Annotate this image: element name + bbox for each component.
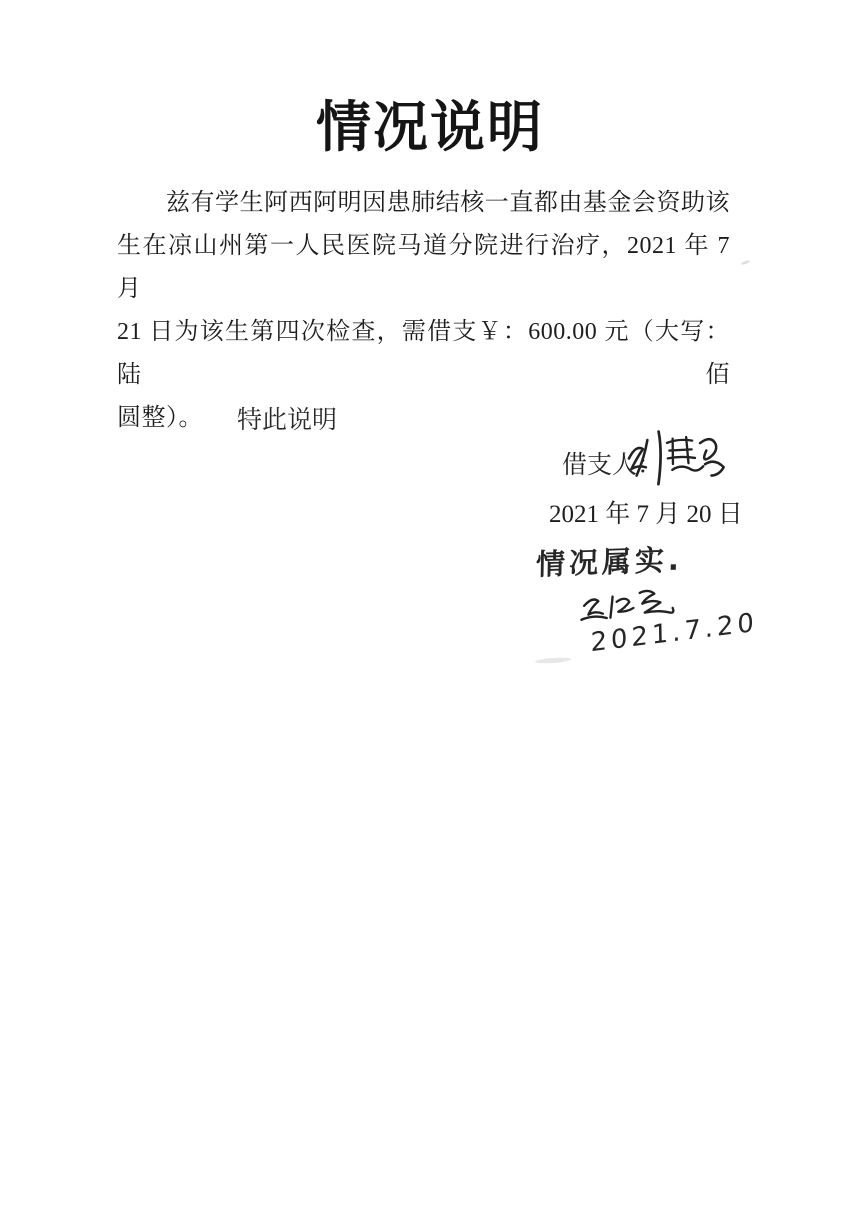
- scanned-document-page: 情况说明 兹有学生阿西阿明因患肺结核一直都由基金会资助该 生在凉山州第一人民医院…: [0, 0, 860, 1220]
- printed-date: 2021 年 7 月 20 日: [549, 497, 743, 533]
- body-line: 兹有学生阿西阿明因患肺结核一直都由基金会资助该: [117, 182, 730, 225]
- borrower-label: 借支人：: [562, 444, 662, 487]
- closing-statement: 特此说明: [237, 399, 337, 442]
- body-line: 21 日为该生第四次检查，需借支￥：600.00 元（大写：陆佰: [117, 311, 730, 397]
- body-paragraph: 兹有学生阿西阿明因患肺结核一直都由基金会资助该 生在凉山州第一人民医院马道分院进…: [117, 182, 730, 440]
- handwritten-approval-note: 情况属实.: [536, 537, 684, 583]
- scan-artifact: [741, 260, 750, 266]
- handwritten-date: 2021.7.20: [590, 608, 758, 659]
- body-line: 圆整）。: [117, 397, 730, 440]
- body-line: 生在凉山州第一人民医院马道分院进行治疗，2021 年 7 月: [117, 225, 730, 311]
- scan-artifact: [535, 657, 571, 664]
- document-title: 情况说明: [0, 96, 860, 159]
